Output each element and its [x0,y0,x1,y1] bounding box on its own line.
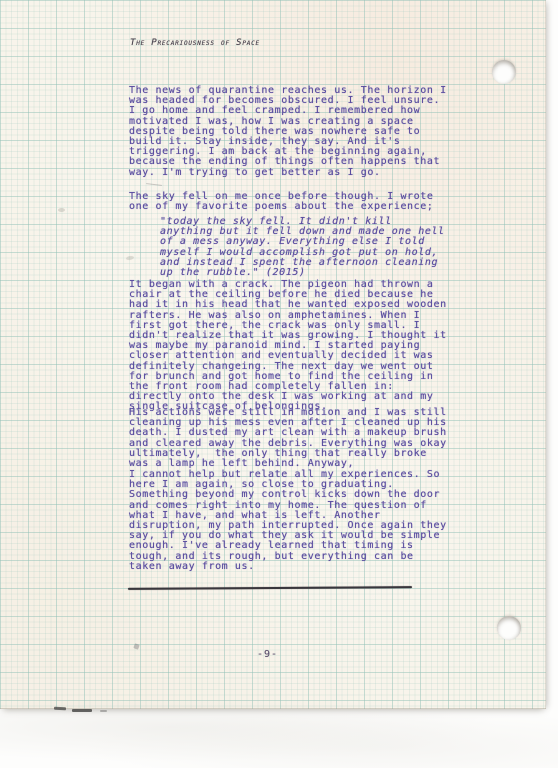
paragraph-cleanup: His actions were still in motion and I w… [129,408,447,469]
paper-blemish [126,255,135,260]
paragraph-quarantine: The news of quarantine reaches us. The h… [129,86,447,178]
hole-punch-top [492,60,516,84]
pencil-smudge [133,643,139,649]
poem-quote: "today the sky fell. It didn't kill anyt… [160,217,445,278]
hole-punch-bottom [497,616,521,640]
paper-blemish [58,208,65,212]
document-title: The Precariousness of Space [130,38,260,48]
paragraph-crack: It began with a crack. The pigeon had th… [129,280,447,413]
paper-sheet: The Precariousness of Space The news of … [0,0,546,709]
pencil-smudge [146,183,162,186]
edge-speck [54,707,66,711]
page-number: -9- [257,649,278,660]
footer-divider-rule [128,586,412,590]
edge-speck [100,710,107,712]
paragraph-sky-fell-intro: The sky fell on me once before though. I… [129,192,434,212]
scanned-page-background: The Precariousness of Space The news of … [0,0,558,768]
paragraph-graduating: I cannot help but relate all my experien… [129,470,447,572]
edge-speck [72,709,92,712]
